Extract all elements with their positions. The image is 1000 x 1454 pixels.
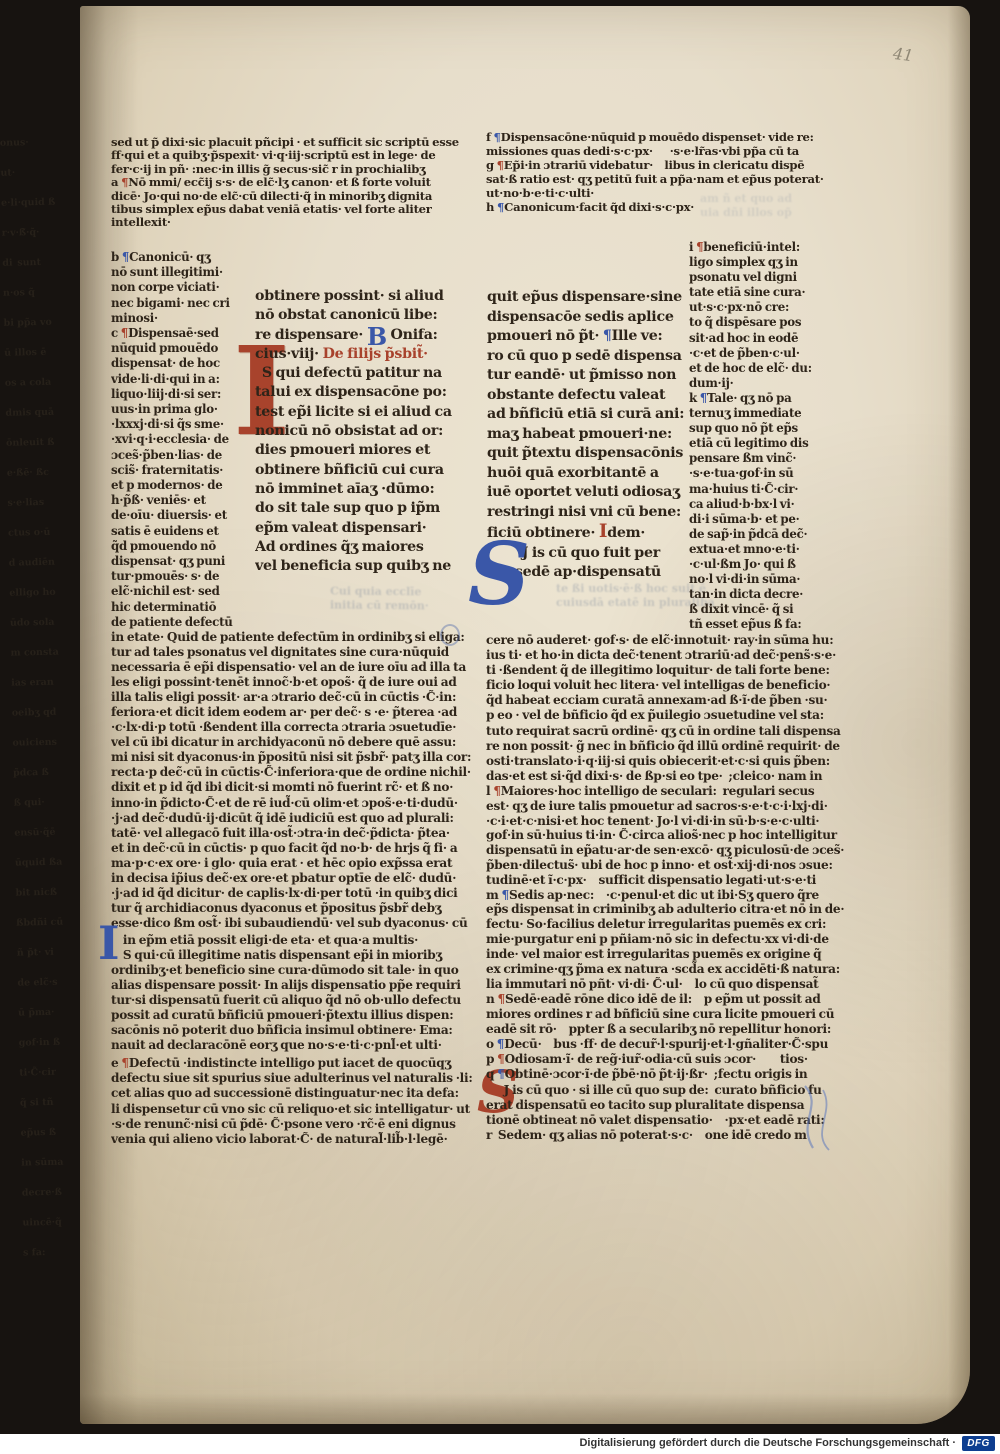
right-commentary-block-2: l ¶Maiores·hoc intelligo de seculari: re… bbox=[486, 784, 850, 947]
right-marginal-gloss: i ¶beneficiū·intel:ligo simplex qʒ inpso… bbox=[689, 240, 847, 632]
left-column-intro-gloss: sed ut p̃ dixi·sic placuit pñcipi · et s… bbox=[111, 136, 469, 230]
blue-initial-S: S bbox=[468, 538, 530, 611]
bleedthrough-text: Cui quia ecclīeinitia cū remōn· bbox=[330, 585, 429, 614]
blue-ink-squiggle bbox=[793, 1082, 845, 1154]
banner-text: Digitalisierung gefördert durch die Deut… bbox=[579, 1437, 956, 1449]
right-commentary-block-3: inde· vel maior est irregularitas puemēs… bbox=[486, 947, 850, 1052]
left-decretal-text: obtinere possint· si aliudnō obstat cano… bbox=[255, 287, 469, 576]
dfg-logo: DFG bbox=[962, 1436, 995, 1451]
dfg-digitization-banner: Digitalisierung gefördert durch die Deut… bbox=[0, 1434, 1000, 1454]
right-commentary-block-1: cere nō auderet· gof·s· de elc̃·innotuit… bbox=[486, 633, 850, 784]
folio-number: 41 bbox=[892, 44, 915, 65]
left-paragraph-illegitimate: in ep̃m etiā possit eligi·de eta· et qua… bbox=[111, 933, 471, 1053]
left-paragraph-defectum: e ¶Defectū ·indistincte intelligo put ia… bbox=[111, 1056, 473, 1147]
blue-ink-circle-mark bbox=[440, 624, 460, 646]
digitized-manuscript-scan: onus·ut·e·li·quid ßr·v·ß̃·q̃·di suntn·os… bbox=[0, 0, 1000, 1454]
left-commentary-block: in etate· Quid de patiente defectūm in o… bbox=[111, 630, 471, 931]
right-column-intro-gloss: f ¶Dispensacōne·nūquid p mouēdo dispense… bbox=[486, 130, 848, 214]
